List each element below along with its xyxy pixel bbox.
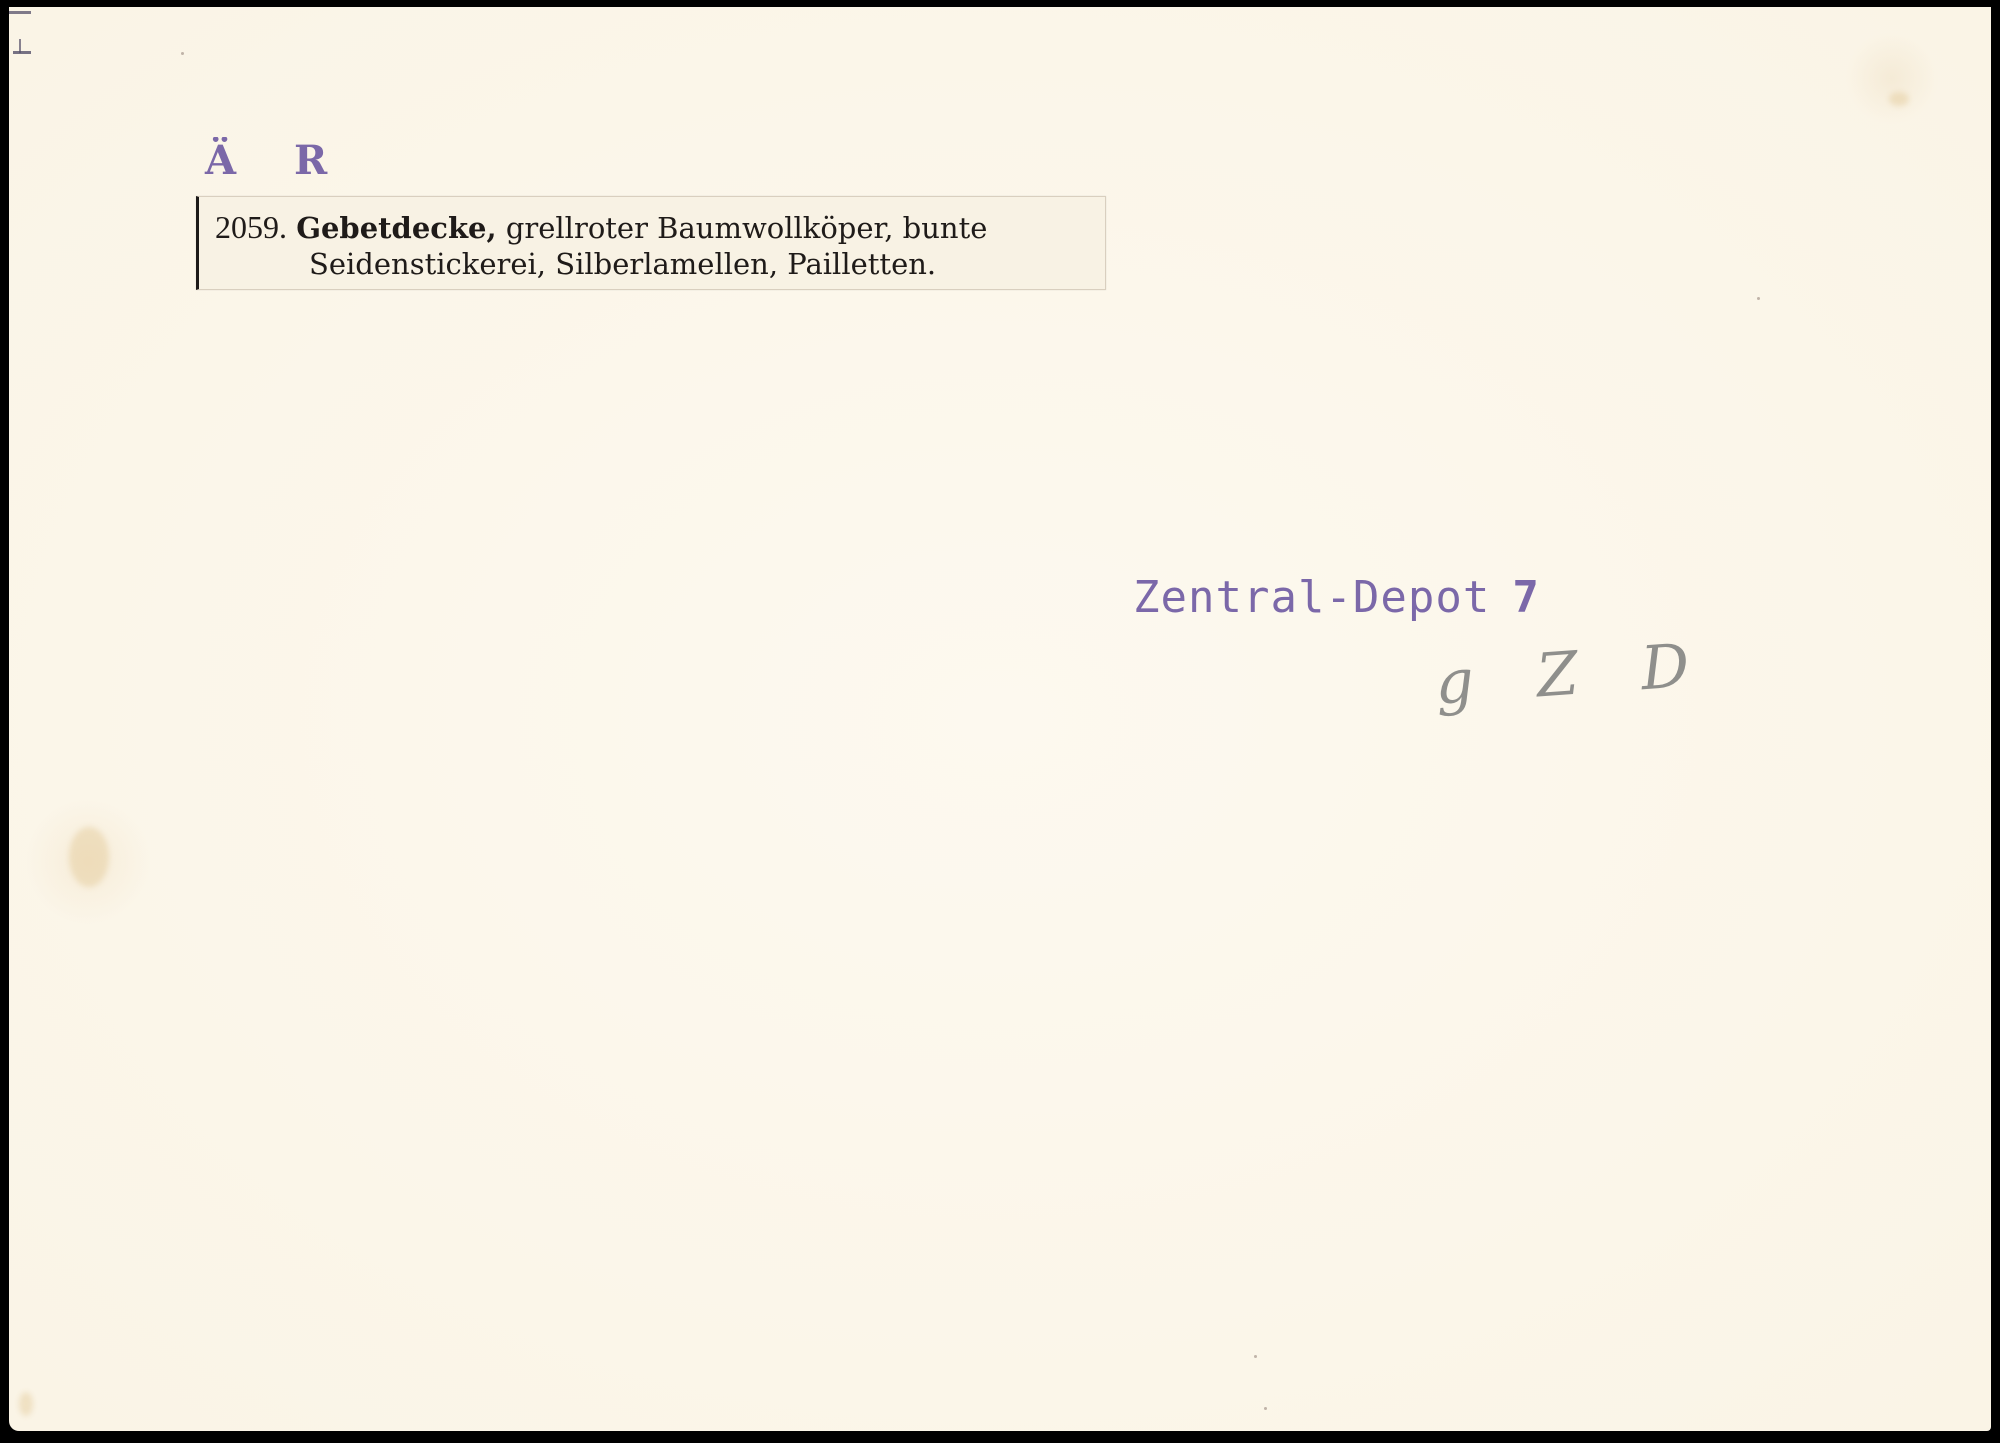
depot-number: 7 (1512, 572, 1540, 623)
caption-clipping: 2059. Gebetdecke, grellroter Baumwollköp… (196, 196, 1106, 290)
paper-speck (181, 52, 184, 55)
depot-label: Zentral-Depot (1133, 572, 1490, 623)
caption-line-1: 2059. Gebetdecke, grellroter Baumwollköp… (215, 211, 987, 243)
archive-card: Ä R 2059. Gebetdecke, grellroter Baumwol… (9, 7, 1991, 1431)
paper-speck (1254, 1355, 1257, 1358)
stamp-initials: Ä R (205, 137, 349, 184)
pencil-tick-mark (9, 7, 33, 55)
paper-stain (1889, 92, 1909, 106)
caption-line-2: Seidenstickerei, Silberlamellen, Paillet… (309, 250, 936, 279)
pencil-specks-bottom (1261, 1357, 1281, 1417)
paper-speck (1757, 297, 1760, 300)
stamp-depot: Zentral-Depot7 (1133, 572, 1540, 623)
object-title: Gebetdecke, (296, 211, 496, 245)
catalog-number: 2059. (215, 209, 287, 245)
pencil-mark-bar (13, 51, 31, 54)
pencil-mark-bar (9, 11, 31, 14)
caption-description-1: grellroter Baumwollköper, bunte (506, 211, 988, 245)
paper-stain (69, 827, 109, 887)
paper-stain (19, 1392, 33, 1416)
pencil-inventory-code: g Z D (1433, 629, 1714, 718)
